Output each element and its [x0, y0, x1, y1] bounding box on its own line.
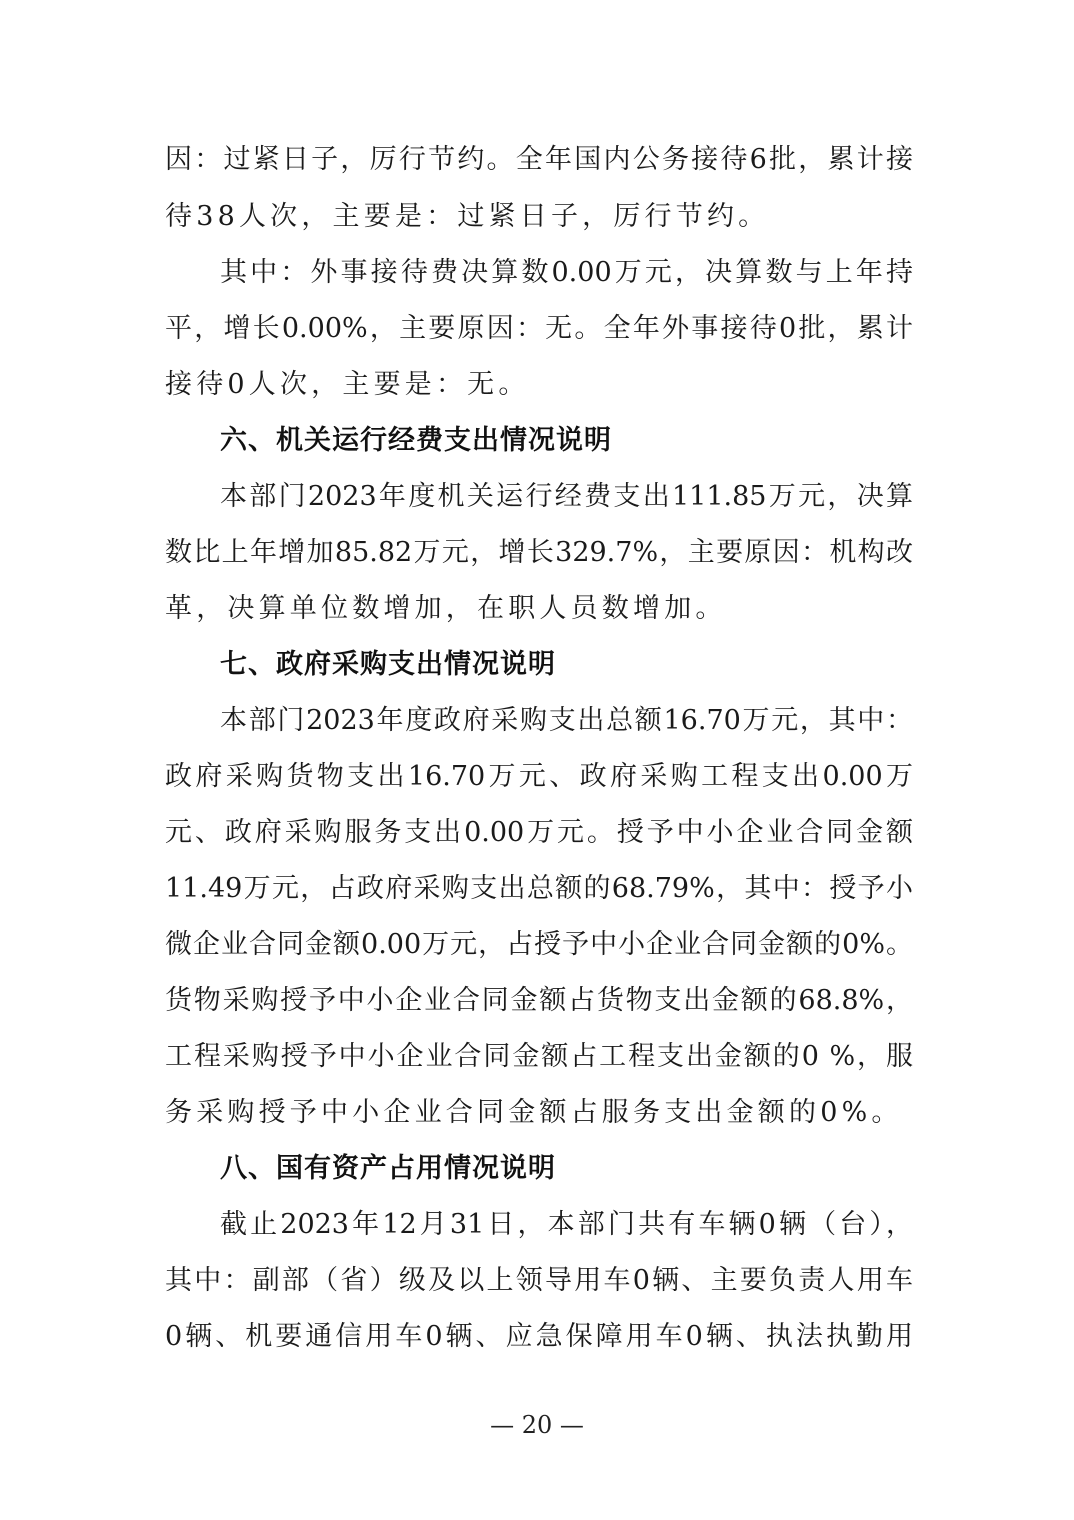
paragraph-line: 元、政府采购服务支出0.00万元。授予中小企业合同金额: [165, 813, 913, 853]
section-heading-6: 六、机关运行经费支出情况说明: [220, 421, 612, 461]
document-page: 因：过紧日子，厉行节约。全年国内公务接待6批，累计接 待38人次，主要是：过紧日…: [0, 0, 1074, 1520]
paragraph-line: 其中：副部（省）级及以上领导用车0辆、主要负责人用车: [165, 1261, 913, 1301]
paragraph-line: 11.49万元，占政府采购支出总额的68.79%，其中：授予小: [165, 869, 913, 909]
paragraph-line: 革，决算单位数增加，在职人员数增加。: [165, 589, 913, 629]
page-number: — 20 —: [0, 1410, 1074, 1440]
paragraph-line: 待38人次，主要是：过紧日子，厉行节约。: [165, 197, 913, 237]
paragraph-line: 0辆、机要通信用车0辆、应急保障用车0辆、执法执勤用: [165, 1317, 913, 1357]
paragraph-line: 因：过紧日子，厉行节约。全年国内公务接待6批，累计接: [165, 140, 913, 180]
paragraph-line: 其中：外事接待费决算数0.00万元，决算数与上年持: [220, 253, 913, 293]
paragraph-line: 本部门2023年度机关运行经费支出111.85万元，决算: [220, 477, 913, 517]
paragraph-line: 平，增长0.00%，主要原因：无。全年外事接待0批，累计: [165, 309, 913, 349]
paragraph-line: 务采购授予中小企业合同金额占服务支出金额的0%。: [165, 1093, 913, 1133]
paragraph-line: 货物采购授予中小企业合同金额占货物支出金额的68.8%，: [165, 981, 913, 1021]
paragraph-line: 数比上年增加85.82万元，增长329.7%，主要原因：机构改: [165, 533, 913, 573]
paragraph-line: 本部门2023年度政府采购支出总额16.70万元，其中：: [220, 701, 913, 741]
paragraph-line: 接待0人次，主要是：无。: [165, 365, 913, 405]
paragraph-line: 微企业合同金额0.00万元，占授予中小企业合同金额的0%。: [165, 925, 913, 965]
paragraph-line: 工程采购授予中小企业合同金额占工程支出金额的0 %，服: [165, 1037, 913, 1077]
paragraph-line: 政府采购货物支出16.70万元、政府采购工程支出0.00万: [165, 757, 913, 797]
section-heading-7: 七、政府采购支出情况说明: [220, 645, 556, 685]
section-heading-8: 八、国有资产占用情况说明: [220, 1149, 556, 1189]
paragraph-line: 截止2023年12月31日，本部门共有车辆0辆（台），: [220, 1205, 913, 1245]
